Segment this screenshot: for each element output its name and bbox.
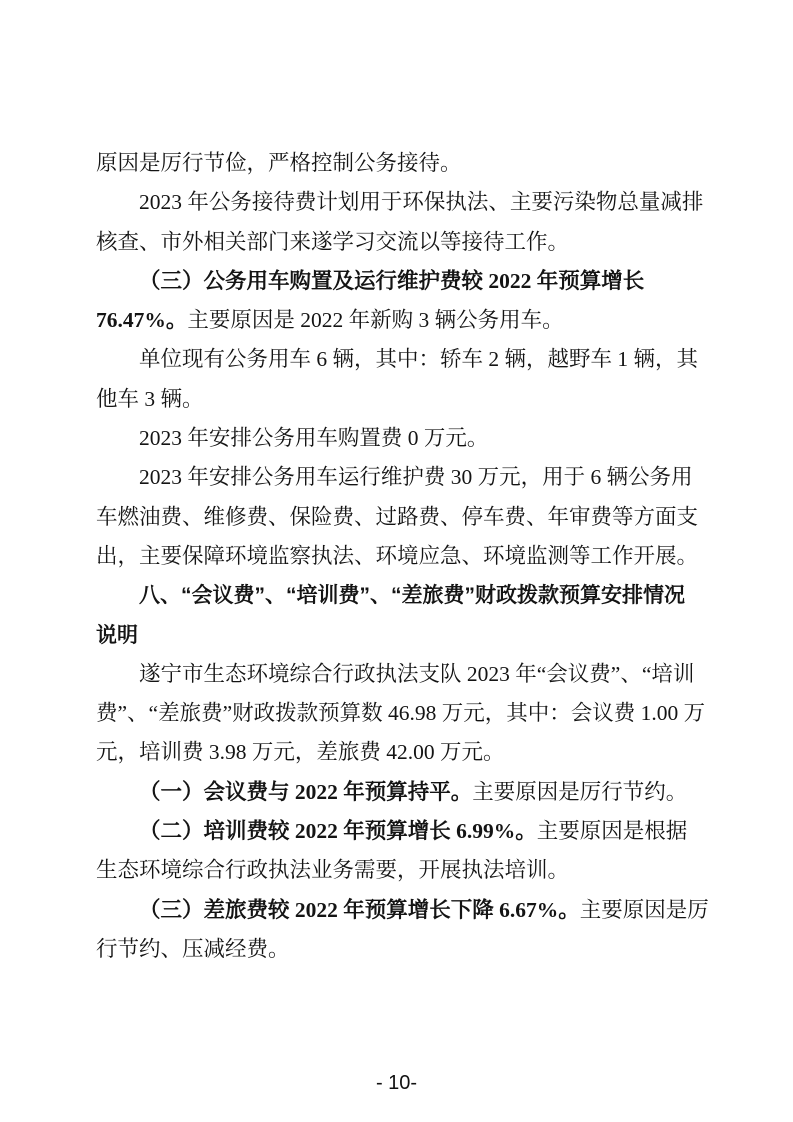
text-run: 遂宁市生态环境综合行政执法支队 2023 年“会议费”、“培训 — [139, 662, 694, 686]
text-run: 主要原因是厉 — [580, 898, 709, 922]
text-run: 八、“会议费”、“培训费”、“差旅费”财政拨款预算安排情况 — [139, 584, 685, 607]
text-line: （三）差旅费较 2022 年预算增长下降 6.67%。主要原因是厉 — [96, 891, 704, 930]
text-run: 主要原因是厉行节约。 — [472, 780, 687, 804]
text-line: 八、“会议费”、“培训费”、“差旅费”财政拨款预算安排情况 — [96, 576, 704, 615]
text-run: 费”、“差旅费”财政拨款预算数 46.98 万元，其中：会议费 1.00 万 — [96, 701, 705, 725]
text-line: 费”、“差旅费”财政拨款预算数 46.98 万元，其中：会议费 1.00 万 — [96, 694, 704, 733]
text-line: （一）会议费与 2022 年预算持平。主要原因是厉行节约。 — [96, 773, 704, 812]
text-line: 76.47%。主要原因是 2022 年新购 3 辆公务用车。 — [96, 301, 704, 340]
text-line: 他车 3 辆。 — [96, 380, 704, 419]
text-run: （二）培训费较 2022 年预算增长 6.99%。 — [139, 819, 537, 843]
text-line: 原因是厉行节俭，严格控制公务接待。 — [96, 144, 704, 183]
text-run: 2023 年公务接待费计划用于环保执法、主要污染物总量减排 — [139, 190, 703, 214]
text-run: 2023 年安排公务用车购置费 0 万元。 — [139, 426, 488, 450]
text-run: 2023 年安排公务用车运行维护费 30 万元，用于 6 辆公务用 — [139, 465, 693, 489]
text-run: （三）差旅费较 2022 年预算增长下降 6.67%。 — [139, 898, 580, 922]
text-line: 核查、市外相关部门来遂学习交流以等接待工作。 — [96, 223, 704, 262]
text-line: 元，培训费 3.98 万元，差旅费 42.00 万元。 — [96, 733, 704, 772]
text-line: 行节约、压减经费。 — [96, 930, 704, 969]
text-line: 遂宁市生态环境综合行政执法支队 2023 年“会议费”、“培训 — [96, 655, 704, 694]
text-run: 主要原因是 2022 年新购 3 辆公务用车。 — [187, 308, 563, 332]
text-run: （三）公务用车购置及运行维护费较 2022 年预算增长 — [139, 269, 644, 293]
text-line: 2023 年公务接待费计划用于环保执法、主要污染物总量减排 — [96, 183, 704, 222]
text-run: 76.47%。 — [96, 308, 187, 332]
text-run: 核查、市外相关部门来遂学习交流以等接待工作。 — [96, 230, 569, 254]
text-run: 车燃油费、维修费、保险费、过路费、停车费、年审费等方面支 — [96, 505, 698, 529]
text-run: （一）会议费与 2022 年预算持平。 — [139, 780, 472, 804]
page-number: - 10- — [0, 1072, 793, 1095]
text-line: （三）公务用车购置及运行维护费较 2022 年预算增长 — [96, 262, 704, 301]
text-run: 行节约、压减经费。 — [96, 937, 290, 961]
document-page: { "page": { "number_label": "- 10-" }, "… — [0, 0, 793, 1122]
page-background: 原因是厉行节俭，严格控制公务接待。2023 年公务接待费计划用于环保执法、主要污… — [0, 0, 793, 1122]
text-line: （二）培训费较 2022 年预算增长 6.99%。主要原因是根据 — [96, 812, 704, 851]
text-line: 出，主要保障环境监察执法、环境应急、环境监测等工作开展。 — [96, 537, 704, 576]
text-run: 主要原因是根据 — [537, 819, 688, 843]
text-run: 原因是厉行节俭，严格控制公务接待。 — [96, 151, 462, 175]
text-line: 单位现有公务用车 6 辆，其中：轿车 2 辆，越野车 1 辆，其 — [96, 340, 704, 379]
text-run: 出，主要保障环境监察执法、环境应急、环境监测等工作开展。 — [96, 544, 698, 568]
text-run: 元，培训费 3.98 万元，差旅费 42.00 万元。 — [96, 740, 505, 764]
text-line: 说明 — [96, 616, 704, 655]
document-body: 原因是厉行节俭，严格控制公务接待。2023 年公务接待费计划用于环保执法、主要污… — [96, 144, 704, 969]
text-line: 车燃油费、维修费、保险费、过路费、停车费、年审费等方面支 — [96, 498, 704, 537]
text-run: 他车 3 辆。 — [96, 387, 204, 411]
text-run: 说明 — [96, 624, 138, 647]
text-line: 2023 年安排公务用车购置费 0 万元。 — [96, 419, 704, 458]
text-line: 生态环境综合行政执法业务需要，开展执法培训。 — [96, 851, 704, 890]
text-run: 单位现有公务用车 6 辆，其中：轿车 2 辆，越野车 1 辆，其 — [139, 347, 698, 371]
text-line: 2023 年安排公务用车运行维护费 30 万元，用于 6 辆公务用 — [96, 458, 704, 497]
text-run: 生态环境综合行政执法业务需要，开展执法培训。 — [96, 858, 569, 882]
